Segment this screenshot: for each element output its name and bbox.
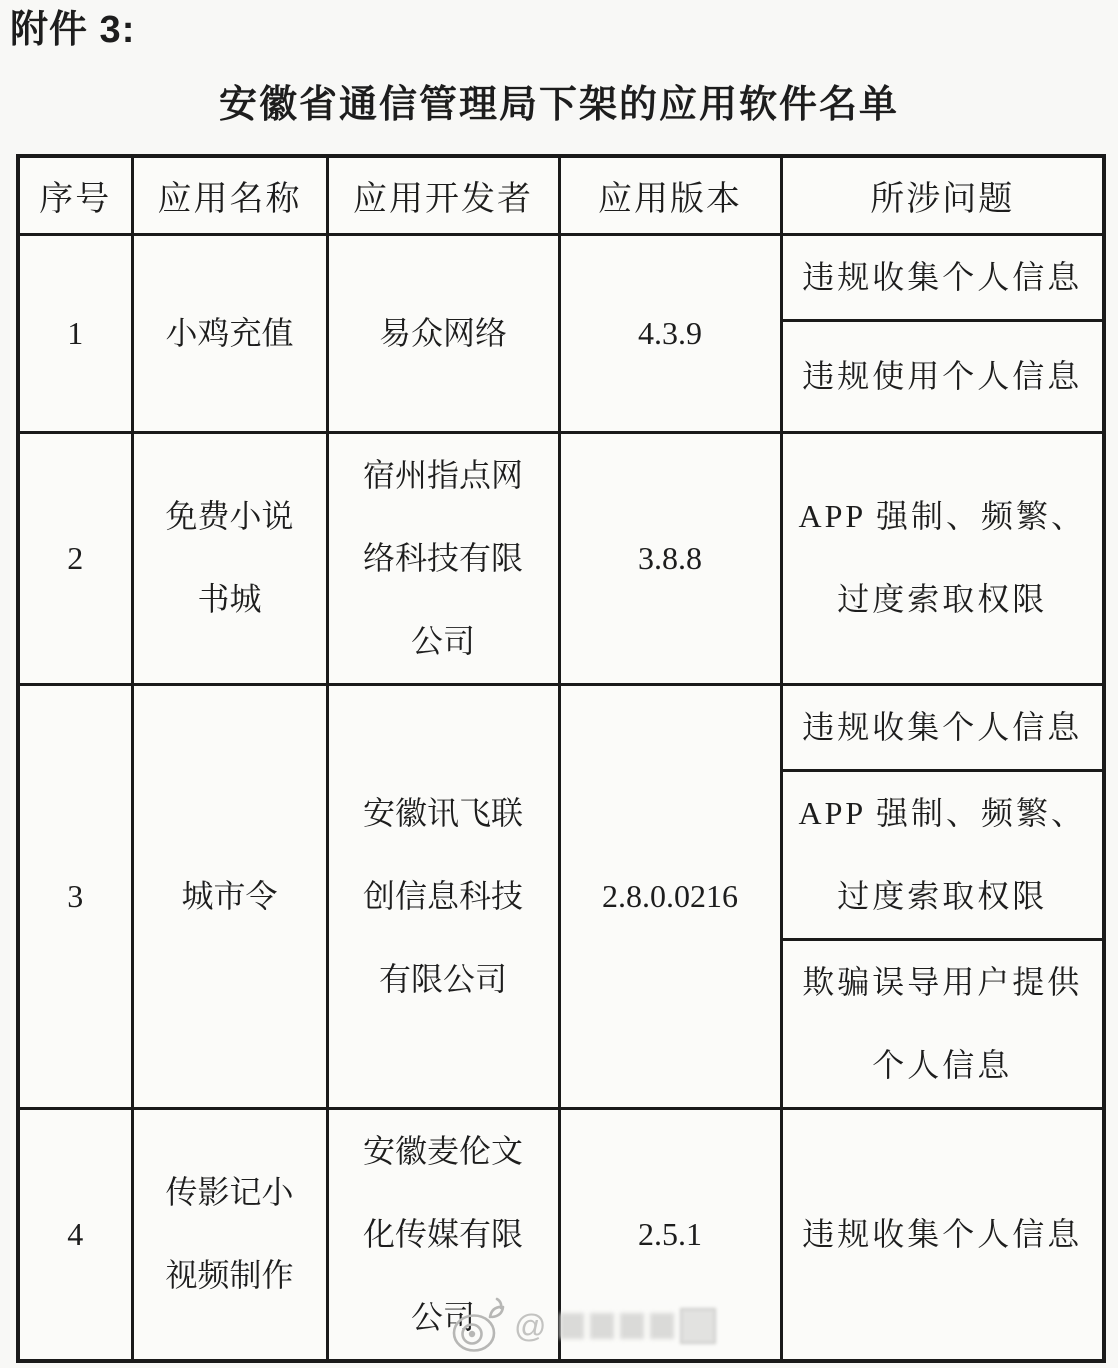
cell-developer: 安徽麦伦文 化传媒有限 公司 <box>327 1108 559 1361</box>
cell-developer: 宿州指点网 络科技有限 公司 <box>327 432 559 684</box>
header-cell-version: 应用版本 <box>559 156 781 234</box>
cell-app-name: 传影记小 视频制作 <box>132 1108 327 1361</box>
cell-version: 2.5.1 <box>559 1108 781 1361</box>
cell-no: 2 <box>18 432 132 684</box>
table-row: 3 城市令 安徽讯飞联 创信息科技 有限公司 2.8.0.0216 违规收集个人… <box>18 684 1104 770</box>
cell-version: 2.8.0.0216 <box>559 684 781 1108</box>
header-cell-no: 序号 <box>18 156 132 234</box>
cell-issue: APP 强制、频繁、 过度索取权限 <box>781 432 1104 684</box>
cell-developer: 安徽讯飞联 创信息科技 有限公司 <box>327 684 559 1108</box>
cell-no: 4 <box>18 1108 132 1361</box>
header-cell-developer: 应用开发者 <box>327 156 559 234</box>
table-row: 2 免费小说 书城 宿州指点网 络科技有限 公司 3.8.8 APP 强制、频繁… <box>18 432 1104 684</box>
table-row: 1 小鸡充值 易众网络 4.3.9 违规收集个人信息 <box>18 234 1104 320</box>
table-row: 4 传影记小 视频制作 安徽麦伦文 化传媒有限 公司 2.5.1 违规收集个人信… <box>18 1108 1104 1361</box>
attachment-label: 附件 3: <box>0 0 1118 54</box>
cell-app-name: 免费小说 书城 <box>132 432 327 684</box>
cell-developer: 易众网络 <box>327 234 559 432</box>
cell-version: 3.8.8 <box>559 432 781 684</box>
cell-no: 3 <box>18 684 132 1108</box>
header-cell-issues: 所涉问题 <box>781 156 1104 234</box>
cell-issue: 违规收集个人信息 <box>781 684 1104 770</box>
cell-issue: 违规收集个人信息 <box>781 234 1104 320</box>
document-title: 安徽省通信管理局下架的应用软件名单 <box>0 80 1118 130</box>
cell-no: 1 <box>18 234 132 432</box>
cell-app-name: 小鸡充值 <box>132 234 327 432</box>
cell-issue: APP 强制、频繁、 过度索取权限 <box>781 770 1104 939</box>
cell-issue: 欺骗误导用户提供 个人信息 <box>781 939 1104 1108</box>
table-header-row: 序号 应用名称 应用开发者 应用版本 所涉问题 <box>18 156 1104 234</box>
cell-version: 4.3.9 <box>559 234 781 432</box>
cell-issue: 违规收集个人信息 <box>781 1108 1104 1361</box>
removed-apps-table: 序号 应用名称 应用开发者 应用版本 所涉问题 1 小鸡充值 易众网络 4.3.… <box>16 154 1106 1363</box>
cell-issue: 违规使用个人信息 <box>781 320 1104 432</box>
cell-app-name: 城市令 <box>132 684 327 1108</box>
header-cell-app-name: 应用名称 <box>132 156 327 234</box>
